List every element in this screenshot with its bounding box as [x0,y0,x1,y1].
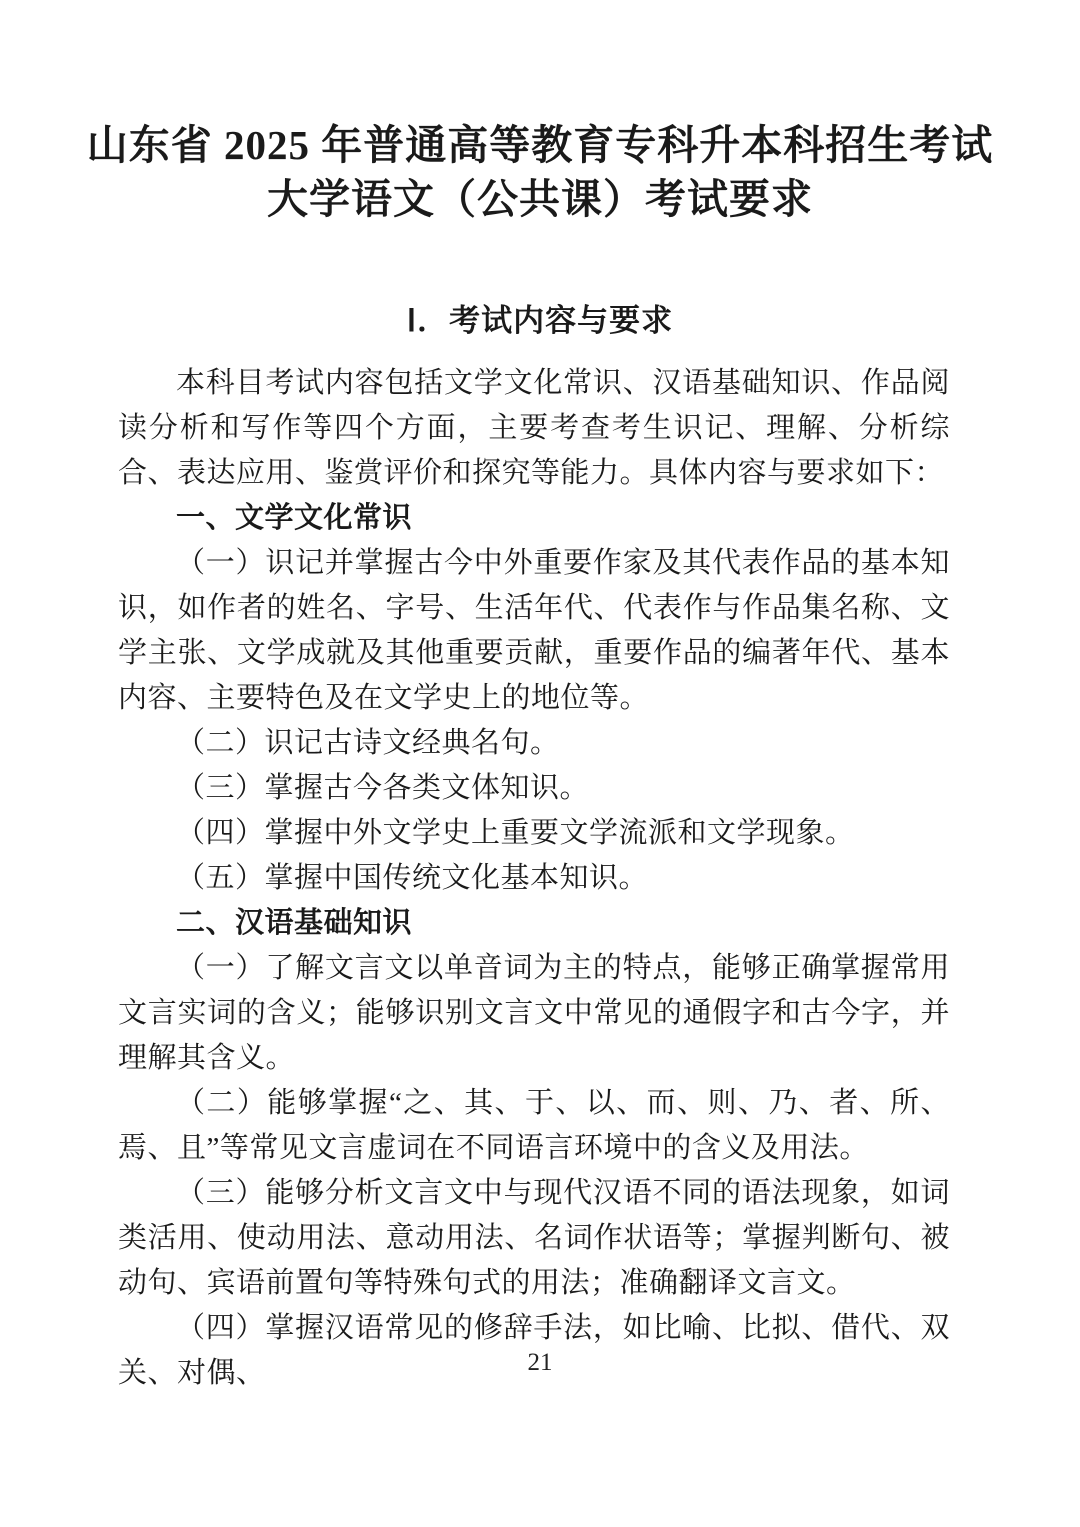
section-heading-exam-content: Ⅰ．考试内容与要求 [0,300,1080,342]
subsection-1-item-2: （二）识记古诗文经典名句。 [118,721,950,766]
document-title: 山东省 2025 年普通高等教育专科升本科招生考试 大学语文（公共课）考试要求 [40,118,1040,226]
subsection-1-heading: 一、文学文化常识 [118,496,950,541]
subsection-2-item-1: （一）了解文言文以单音词为主的特点，能够正确掌握常用文言实词的含义；能够识别文言… [118,946,950,1081]
subsection-1-item-3: （三）掌握古今各类文体知识。 [118,766,950,811]
subsection-1-item-1: （一）识记并掌握古今中外重要作家及其代表作品的基本知识，如作者的姓名、字号、生活… [118,541,950,721]
subsection-1-item-4: （四）掌握中外文学史上重要文学流派和文学现象。 [118,811,950,856]
subsection-2-item-3: （三）能够分析文言文中与现代汉语不同的语法现象，如词类活用、使动用法、意动用法、… [118,1171,950,1306]
intro-paragraph: 本科目考试内容包括文学文化常识、汉语基础知识、作品阅读分析和写作等四个方面，主要… [118,361,950,496]
document-title-line-1: 山东省 2025 年普通高等教育专科升本科招生考试 [40,118,1040,172]
document-page: 山东省 2025 年普通高等教育专科升本科招生考试 大学语文（公共课）考试要求 … [0,0,1080,1527]
subsection-2-heading: 二、汉语基础知识 [118,901,950,946]
page-number: 21 [0,1348,1080,1378]
subsection-1-item-5: （五）掌握中国传统文化基本知识。 [118,856,950,901]
document-title-line-2: 大学语文（公共课）考试要求 [40,172,1040,226]
content-body: 本科目考试内容包括文学文化常识、汉语基础知识、作品阅读分析和写作等四个方面，主要… [118,361,950,1396]
subsection-2-item-2: （二）能够掌握“之、其、于、以、而、则、乃、者、所、焉、且”等常见文言虚词在不同… [118,1081,950,1171]
